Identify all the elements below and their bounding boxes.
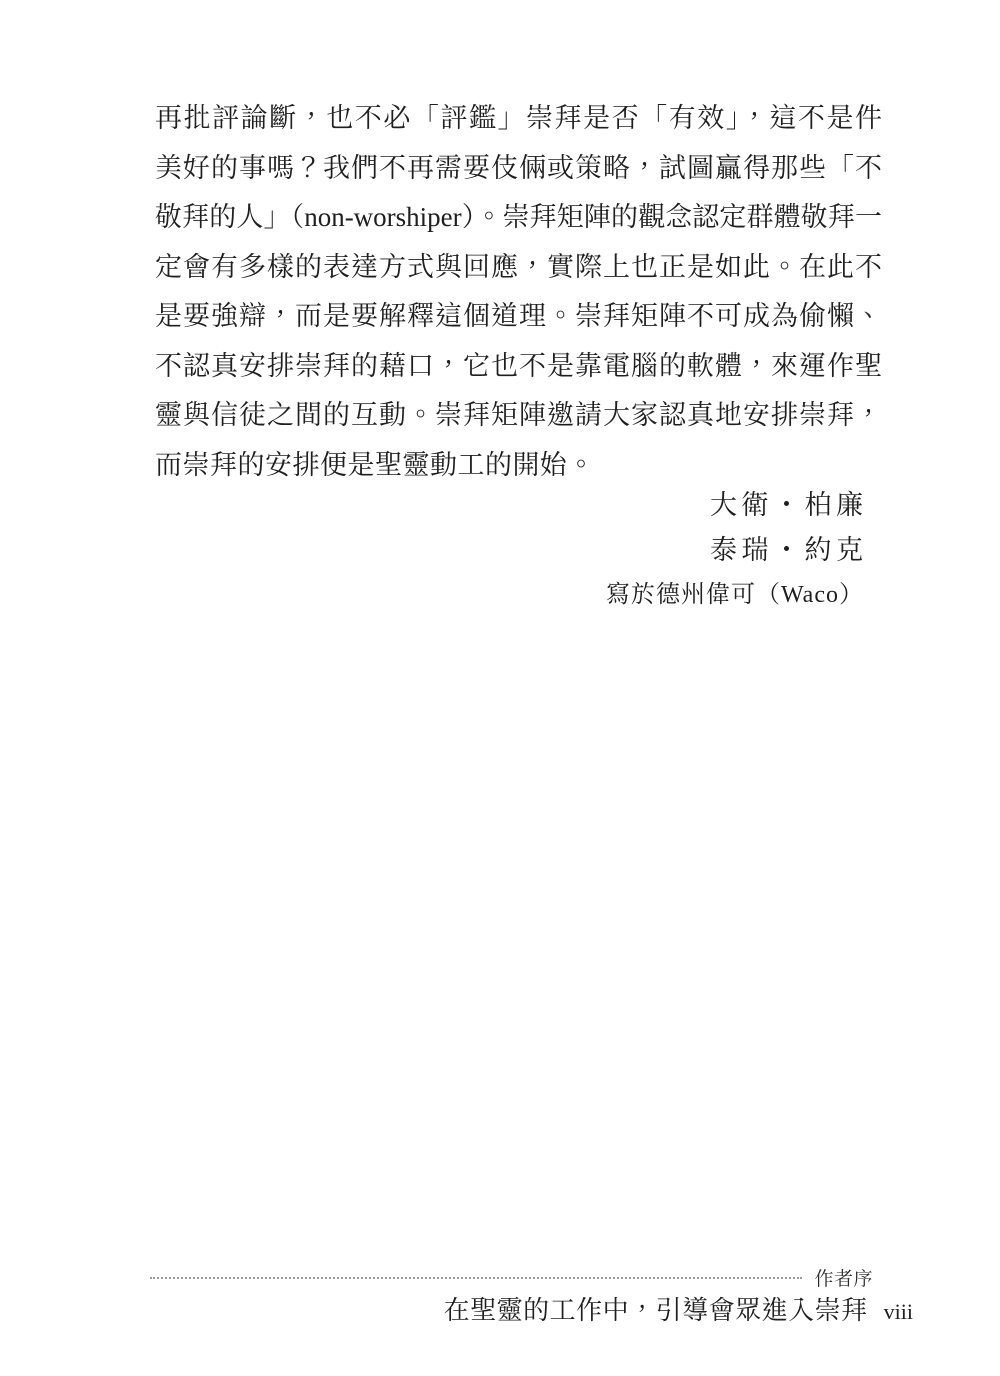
- body-paragraph: 再批評論斷，也不必「評鑑」崇拜是否「有效」，這不是件 美好的事嗎？我們不再需要伎…: [155, 94, 882, 490]
- paragraph-line: 定會有多樣的表達方式與回應，實際上也正是如此。在此不: [155, 243, 882, 293]
- paragraph-line: 再批評論斷，也不必「評鑑」崇拜是否「有效」，這不是件: [155, 94, 882, 144]
- book-page: 再批評論斷，也不必「評鑑」崇拜是否「有效」，這不是件 美好的事嗎？我們不再需要伎…: [0, 0, 1000, 1376]
- page-number: viii: [884, 1299, 913, 1325]
- author-name-2: 泰瑞・約克: [606, 528, 868, 573]
- author-name-1: 大衛・柏廉: [606, 483, 868, 528]
- attribution-location: 寫於德州偉可（Waco）: [606, 573, 864, 618]
- paragraph-line: 靈與信徒之間的互動。崇拜矩陣邀請大家認真地安排崇拜，: [155, 391, 882, 441]
- footer-chapter-title: 在聖靈的工作中，引導會眾進入崇拜: [444, 1290, 868, 1327]
- paragraph-line: 是要強辯，而是要解釋這個道理。崇拜矩陣不可成為偷懶、: [155, 292, 882, 342]
- footer-section-label: 作者序: [814, 1264, 873, 1291]
- paragraph-line: 不認真安排崇拜的藉口，它也不是靠電腦的軟體，來運作聖: [155, 342, 882, 392]
- footer-title-row: 在聖靈的工作中，引導會眾進入崇拜 viii: [444, 1290, 913, 1327]
- footer-rule-row: 作者序: [150, 1264, 873, 1291]
- paragraph-line: 美好的事嗎？我們不再需要伎倆或策略，試圖贏得那些「不: [155, 144, 882, 194]
- footer-dotted-rule: [150, 1277, 802, 1279]
- attribution-block: 大衛・柏廉 泰瑞・約克 寫於德州偉可（Waco）: [606, 483, 863, 618]
- paragraph-line: 敬拜的人」（non-worshiper）。崇拜矩陣的觀念認定群體敬拜一: [155, 193, 882, 243]
